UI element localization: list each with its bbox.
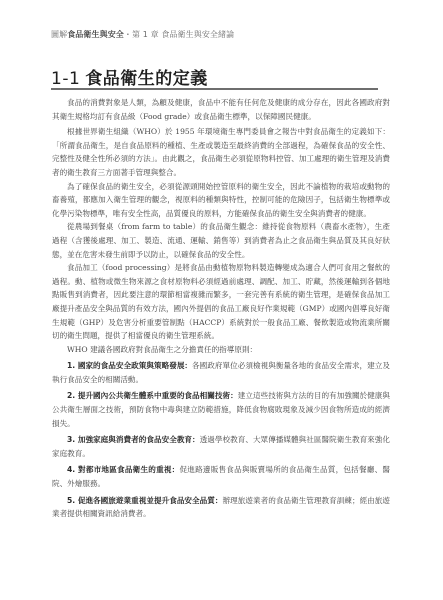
principle-item: 4. 對都市地區食品衛生的重視：促進路邊販售食品與販賣場所的食品衛生品質，包括餐…: [52, 463, 390, 490]
principle-item: 3. 加強家庭與消費者的食品安全教育：透過學校教育、大眾傳播媒體與社區醫院衛生教…: [52, 433, 390, 460]
principle-lead: 5. 促進各國旅遊業重視並提升食品安全品質：: [67, 496, 223, 505]
running-header-book-title: 食品衛生與安全: [67, 30, 124, 39]
document-page: 圖解食品衛生與安全・第 1 章 食品衛生與安全緒論 1-1食品衛生的定義 食品的…: [0, 0, 443, 600]
paragraph: 為了確保食品的衛生安全，必須從源頭開始控管原料的衛生安全，因此不論植物的栽培或動…: [52, 180, 390, 221]
principle-lead: 4. 對都市地區食品衛生的重視：: [67, 465, 179, 474]
principle-lead: 1. 國家的食品安全政策與策略發展：: [67, 361, 192, 370]
paragraph: 根據世界衛生組織（WHO）於 1955 年環境衛生專門委員會之報告中對食品衛生的…: [52, 125, 390, 179]
section-number: 1-1: [51, 69, 80, 89]
section-heading: 食品衛生的定義: [85, 69, 208, 89]
principle-item: 5. 促進各國旅遊業重視並提升食品安全品質：辦理旅遊業者的食品衛生管理教育訓練；…: [52, 494, 390, 521]
principle-lead: 3. 加強家庭與消費者的食品安全教育：: [67, 435, 200, 444]
paragraph: 食品的消費對象是人類，為顧及健康，食品中不能有任何危及健康的成分存在，因此各國政…: [52, 96, 390, 123]
paragraph: WHO 建議各國政府對食品衛生之分擔責任的指導原則：: [52, 343, 390, 357]
principle-lead: 2. 提升國內公共衛生體系中重要的食品相關技術：: [67, 391, 238, 400]
running-header-chapter: 第 1 章 食品衛生與安全緒論: [132, 30, 234, 39]
paragraph: 食品加工（food processing）是將食品由動植物原物料製造轉變成為適合…: [52, 261, 390, 343]
section-title: 1-1食品衛生的定義: [51, 64, 208, 89]
body-text: 食品的消費對象是人類，為顧及健康，食品中不能有任何危及健康的成分存在，因此各國政…: [52, 96, 390, 521]
principle-item: 1. 國家的食品安全政策與策略發展：各國政府單位必須檢視與衡量各地的食品安全需求…: [52, 359, 390, 386]
running-header-separator: ・: [124, 30, 132, 39]
title-divider: [51, 88, 378, 90]
running-header-prefix: 圖解: [51, 30, 67, 39]
principle-item: 2. 提升國內公共衛生體系中重要的食品相關技術：建立這些技術與方法的目的有加強關…: [52, 389, 390, 430]
running-header: 圖解食品衛生與安全・第 1 章 食品衛生與安全緒論: [51, 29, 234, 40]
paragraph: 從農場到餐桌（from farm to table）的食品衛生觀念：維持從食物原…: [52, 220, 390, 261]
